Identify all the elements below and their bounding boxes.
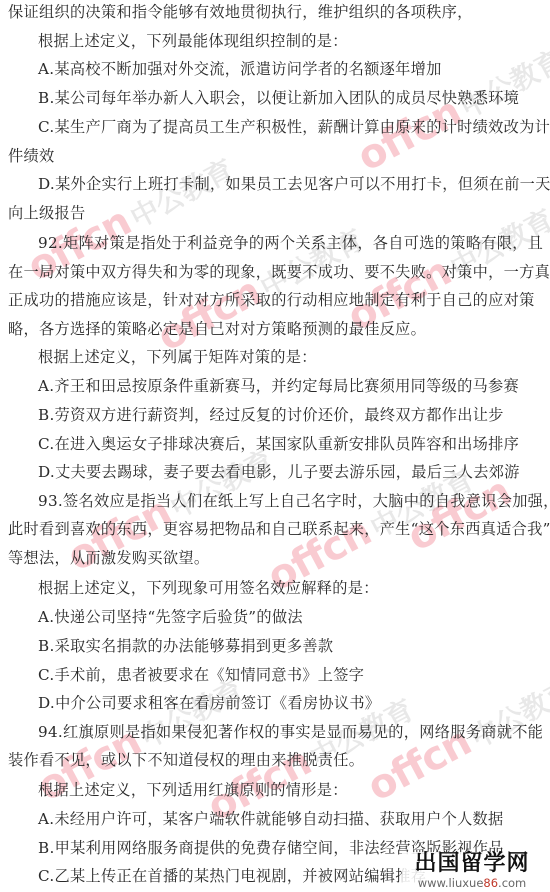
question-93: 93.签名效应是指当人们在纸上写上自己名字时，大脑中的自我意识会加强， [38,491,550,511]
site-logo-url: www.liuxue86.com [402,876,542,890]
text-line: 略，各方选择的策略必定是自己对对方策略预测的最佳反应。 [8,319,426,339]
option-d: D.丈夫要去踢球，妻子要去看电影，儿子要去游乐园，最后三人去郊游 [38,462,520,482]
option-b: B.劳资双方进行薪资判，经过反复的讨价还价，最终双方都作出让步 [38,405,504,425]
text-line: 在一局对策中双方得失和为零的现象，既要不成功、要不失败。对策中，一方真 [8,262,550,282]
option-a: A.某高校不断加强对外交流，派遣访问学者的名额逐年增加 [38,59,442,79]
option-d: D.中介公司要求租客在看房前签订《看房协议书》 [38,693,380,713]
option-a: A.快递公司坚持“先签字后验货”的做法 [38,607,303,627]
option-c: C.手术前，患者被要求在《知情同意书》上签字 [38,665,364,685]
text-line: 向上级报告 [8,203,85,223]
text-line: 装作看不见，或以下不知道侵权的理由来推脱责任。 [8,750,364,770]
document-page: offcn中公教育 offcn中公教育 offcn中公教育 offcn中公教育 … [0,0,550,892]
question-prompt: 根据上述定义，下列属于矩阵对策的是： [38,347,317,367]
question-92: 92.矩阵对策是指处于利益竞争的两个关系主体，各自可选的策略有限，且 [38,233,543,253]
option-a: A.未经用户许可，某客户端软件就能够自动扫描、获取用户个人数据 [38,809,504,829]
option-a: A.齐王和田忌按原条件重新赛马，并约定每局比赛须用同等级的马参赛 [38,376,519,396]
option-c: C.在进入奥运女子排球决赛后，某国家队重新安排队员阵容和出场排序 [38,434,519,454]
option-c: C.某生产厂商为了提高员工生产积极性，薪酬计算由原来的计时绩效改为计 [38,117,550,137]
text-line: 正成功的措施应该是，针对对方所采取的行动相应地制定有利于自己的应对策 [8,290,535,310]
text-line: 此时看到喜欢的东西，更容易把物品和自己联系起来，产生“这个东西真适合我” [8,519,550,539]
site-logo-title: 出国留学网 [402,852,542,876]
option-b: B.某公司每年举办新人入职会，以便让新加入团队的成员尽快熟悉环境 [38,88,519,108]
option-d: D.某外企实行上班打卡制，如果员工去见客户可以不用打卡，但须在前一天 [38,174,550,194]
question-prompt: 根据上述定义，下列适用红旗原则的情形是： [38,780,348,800]
text-line: 等想法，从而激发购买欲望。 [8,548,209,568]
text-line: 件绩效 [8,146,54,166]
option-b: B.采取实名捐款的办法能够募捐到更多善款 [38,636,333,656]
question-prompt: 根据上述定义，下列现象可用签名效应解释的是： [38,578,379,598]
question-94: 94.红旗原则是指如果侵犯著作权的事实是显而易见的，网络服务商就不能 [38,722,543,742]
text-line: 保证组织的决策和指令能够有效地贯彻执行，维护组织的各项秩序， [8,2,473,22]
option-c: C.乙某上传正在首播的某热门电视剧，并被网站编辑推荐 [38,866,426,886]
question-prompt: 根据上述定义，下列最能体现组织控制的是： [38,31,348,51]
site-logo[interactable]: 出国留学网 www.liuxue86.com [402,852,542,890]
watermark: offcn [400,469,518,561]
